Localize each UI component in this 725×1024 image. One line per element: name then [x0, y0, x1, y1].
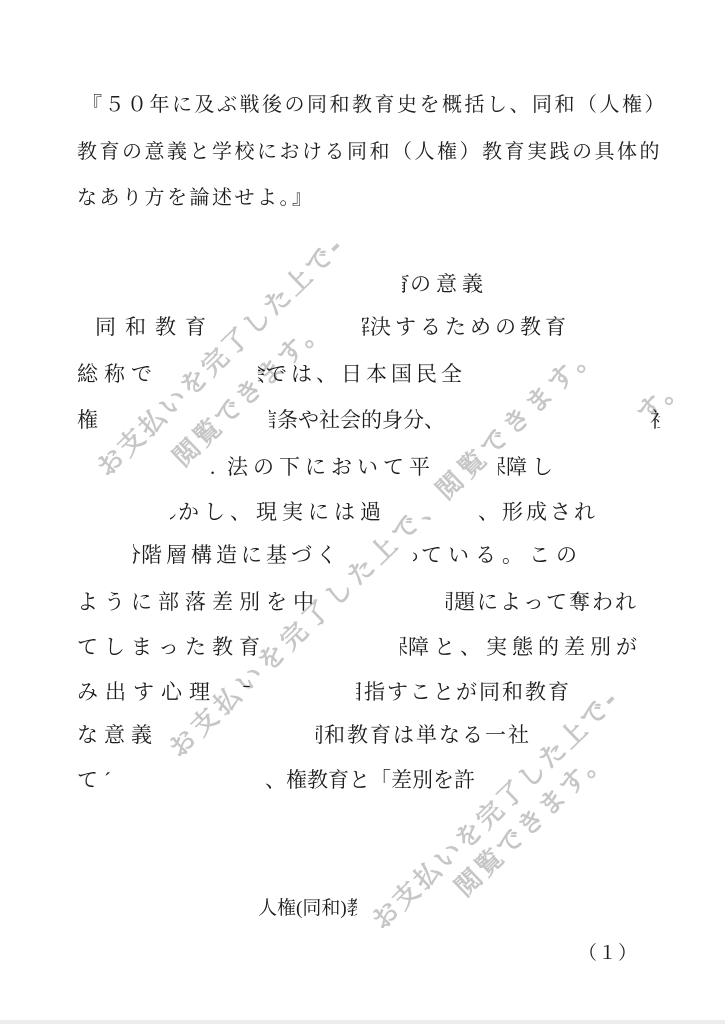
footer-label: 人権(同和)教: [258, 897, 357, 921]
body-fragment: 会では、日本国民全: [258, 362, 466, 386]
body-fragment: しかし、現実には過: [170, 500, 386, 524]
body-fragment: てしまった教育: [77, 635, 266, 659]
body-fragment: 信条や社会的身分、: [269, 408, 445, 432]
text-run: 、権教育と「差別を許: [265, 768, 475, 792]
quote-line: なあり方を論述せよ。』: [77, 186, 315, 210]
text-run: の意義: [410, 272, 488, 296]
text-run: では、日本国民全: [266, 362, 466, 386]
text-run: 権: [77, 408, 102, 432]
text-run: み出す心理: [77, 680, 217, 704]
text-run: .: [210, 455, 219, 479]
text-run: 和教育は単なる一社: [324, 723, 531, 747]
partial-character: 目: [356, 680, 364, 704]
text-run: ´: [104, 768, 115, 792]
partial-character: 問: [446, 590, 454, 614]
text-run: てしまった教育: [77, 635, 266, 659]
body-fragment: 法の下において平: [227, 455, 435, 479]
body-fragment: 解決するための教育: [362, 315, 570, 339]
body-fragment: 、権教育と「差別を許: [265, 768, 475, 792]
body-fragment: .: [210, 455, 219, 479]
body-fragment: 、形成され: [478, 500, 598, 524]
text-run: 決するための教育: [370, 315, 570, 339]
partial-character: 解: [362, 315, 370, 339]
text-run: て: [77, 768, 102, 792]
body-fragment: 分階層構造に基づく: [133, 543, 341, 567]
body-fragment: 同和教育は単なる一社: [316, 723, 531, 747]
body-fragment: ˉ: [243, 680, 254, 704]
text-run: ˉ: [243, 680, 254, 704]
partial-character: 同: [316, 723, 324, 747]
partial-character: し: [170, 500, 178, 524]
body-fragment: っている。この: [413, 543, 583, 567]
body-fragment: ´: [104, 768, 115, 792]
text-run: 題によって奪われ: [454, 590, 638, 614]
section-heading: 育の意義: [402, 272, 488, 296]
watermark-fragment: す。: [627, 364, 693, 429]
partial-character: 会: [258, 362, 266, 386]
text-run: 総称で: [77, 362, 158, 386]
watermark-fragment: お支払いを完了した上で-: [87, 226, 352, 484]
text-run: 条や社会的身分、: [277, 408, 445, 432]
text-run: 教育の意義と学校における同和（人権）教育実践の具体的: [77, 141, 662, 163]
body-fragment: 保障と、実態的差別が: [400, 635, 642, 659]
text-run: 障し: [506, 455, 558, 479]
body-fragment: 同和教育: [95, 315, 215, 339]
body-fragment: ように部落差別を中: [77, 590, 320, 614]
partial-character: 保: [498, 455, 506, 479]
scanned-document-page: お支払いを完了した上で-閲覧できます。お支払いを完了した上で、閲覧できます。お支…: [0, 0, 725, 1024]
text-run: 指すことが同和教育: [364, 680, 571, 704]
partial-character: 信: [269, 408, 277, 432]
body-fragment: 問題によって奪われ: [446, 590, 638, 614]
partial-character: 社: [650, 408, 660, 432]
text-run: な意義: [77, 723, 158, 747]
quote-line: 『５０年に及ぶ戦後の同和教育史を概括し、同和（人権）: [82, 93, 667, 117]
text-run: 『５０年に及ぶ戦後の同和教育史を概括し、同和（人権）: [82, 94, 667, 116]
quote-line: 教育の意義と学校における同和（人権）教育実践の具体的: [77, 140, 662, 164]
page-number: （１）: [578, 938, 638, 965]
body-fragment: 総称で: [77, 362, 158, 386]
body-fragment: 権: [77, 408, 102, 432]
text-run: 同和教育: [95, 315, 215, 339]
body-fragment: て: [77, 768, 102, 792]
text-run: 障と、実態的差別が: [408, 635, 642, 659]
scan-edge: [0, 1020, 725, 1024]
text-run: ように部落差別を中: [77, 590, 320, 614]
footer-partial-char: 教: [347, 897, 357, 921]
partial-character: 保: [400, 635, 408, 659]
text-run: かし、現実には過: [178, 500, 386, 524]
body-fragment: 保障し: [498, 455, 558, 479]
body-fragment: み出す心理: [77, 680, 217, 704]
body-fragment: 社: [650, 408, 660, 432]
text-run: 、形成され: [478, 500, 598, 524]
text-run: ている。この: [421, 543, 583, 567]
body-fragment: 目指すことが同和教育: [356, 680, 571, 704]
footer-label-text: 人権(同和): [258, 898, 347, 919]
body-fragment: な意義: [77, 723, 158, 747]
partial-character: 分: [133, 543, 141, 567]
partial-character: っ: [413, 543, 421, 567]
text-run: 階層構造に基づく: [141, 543, 341, 567]
watermark-fragment: お支払いを完了した上で-: [362, 679, 627, 937]
text-run: なあり方を論述せよ。』: [77, 187, 315, 209]
partial-character: 育: [402, 272, 410, 296]
text-run: 法の下において平: [227, 455, 435, 479]
